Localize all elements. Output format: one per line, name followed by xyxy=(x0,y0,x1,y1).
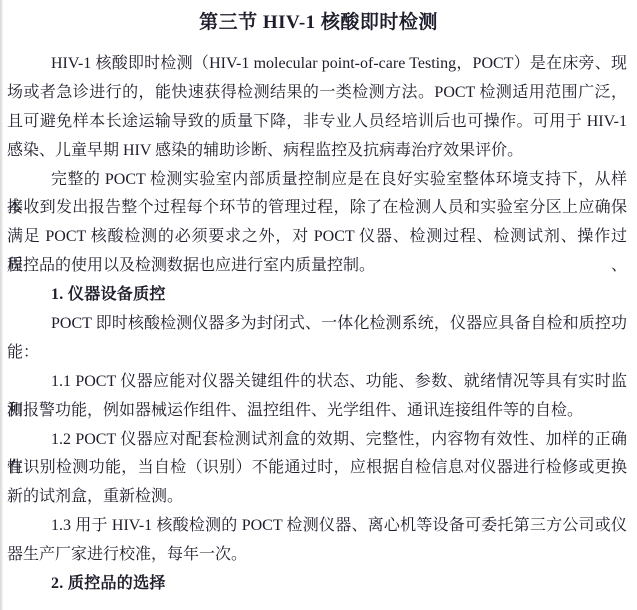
text-line: 1.3 用于 HIV-1 核酸检测的 POCT 检测仪器、离心机等设备可委托第三… xyxy=(7,512,627,541)
text-line: POCT 即时核酸检测仪器多为封闭式、一体化检测系统，仪器应具备自检和质控功 xyxy=(7,310,627,339)
text-line: HIV-1 核酸即时检测（HIV-1 molecular point-of-ca… xyxy=(7,50,627,79)
text-line: 有识别检测功能，当自检（识别）不能通过时，应根据自检信息对仪器进行检修或更换 xyxy=(7,454,627,483)
section-heading-2: 2. 质控品的选择 xyxy=(7,570,627,599)
text-line: 和报警功能，例如器械运作组件、温控组件、光学组件、通讯连接组件等的自检。 xyxy=(7,397,627,426)
section-heading-1: 1. 仪器设备质控 xyxy=(7,281,627,310)
text-line: 能： xyxy=(7,339,627,368)
text-line: 感染、儿童早期 HIV 感染的辅助诊断、病程监控及抗病毒治疗效果评价。 xyxy=(7,137,627,166)
text-line: 1.1 POCT 仪器应能对仪器关键组件的状态、功能、参数、就绪情况等具有实时监… xyxy=(7,368,627,397)
text-line: 器生产厂家进行校准，每年一次。 xyxy=(7,541,627,570)
text-line: 场或者急诊进行的，能快速获得检测结果的一类检测方法。POCT 检测适用范围广泛， xyxy=(7,79,627,108)
text-line: 满足 POCT 核酸检测的必须要求之外，对 POCT 仪器、检测过程、检测试剂、… xyxy=(7,223,627,252)
document-page: 第三节 HIV-1 核酸即时检测 HIV-1 核酸即时检测（HIV-1 mole… xyxy=(0,0,637,610)
text-line: 新的试剂盒，重新检测。 xyxy=(7,483,627,512)
document-title: 第三节 HIV-1 核酸即时检测 xyxy=(0,10,637,36)
document-body: HIV-1 核酸即时检测（HIV-1 molecular point-of-ca… xyxy=(0,50,637,599)
text-line: 接收到发出报告整个过程每个环节的管理过程，除了在检测人员和实验室分区上应确保 xyxy=(7,194,627,223)
text-line: 完整的 POCT 检测实验室内部质量控制应是在良好实验室整体环境支持下，从样本 xyxy=(7,166,627,195)
text-line: 且可避免样本长途运输导致的质量下降，非专业人员经培训后也可操作。可用于 HIV-… xyxy=(7,108,627,137)
text-line: 1.2 POCT 仪器应对配套检测试剂盒的效期、完整性，内容物有效性、加样的正确… xyxy=(7,426,627,455)
page-edge-shadow xyxy=(0,0,3,610)
